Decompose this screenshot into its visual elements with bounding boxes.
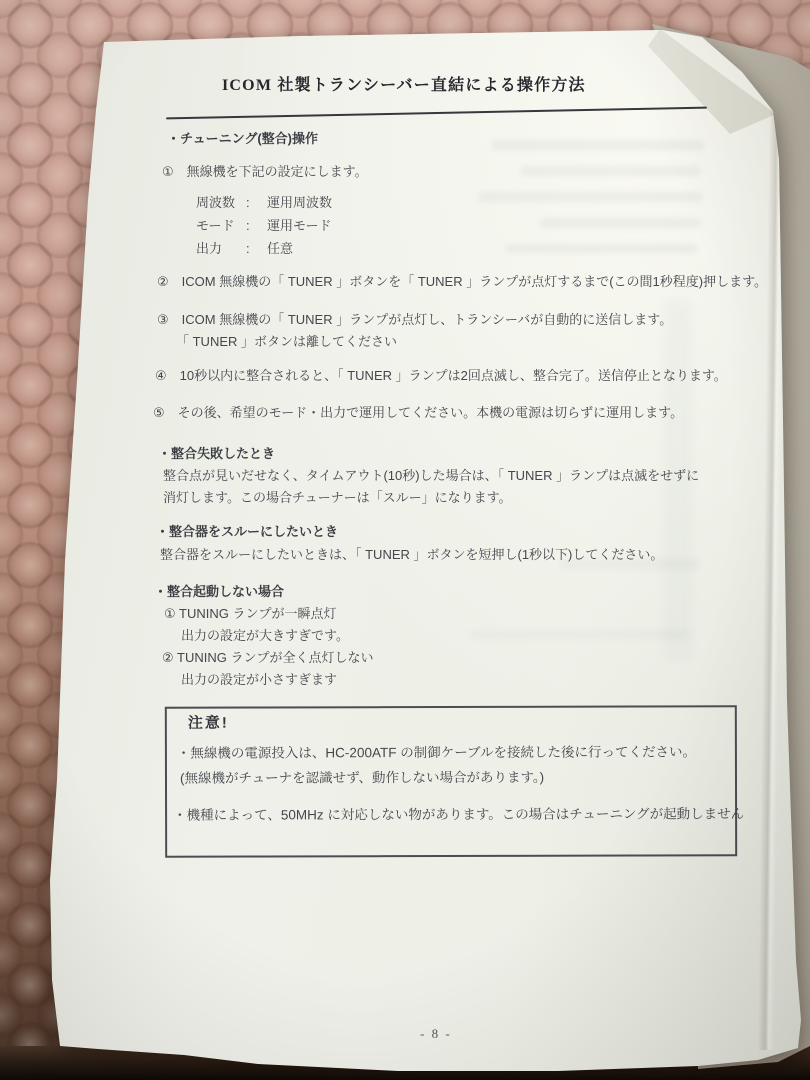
step-2: ② ICOM 無線機の「 TUNER 」ボタンを「 TUNER 」ランプが点灯す… — [157, 274, 767, 290]
fail-heading: ・整合失敗したとき — [158, 446, 275, 462]
nostart-item2-line1: ② TUNING ランプが全く点灯しない — [162, 650, 373, 666]
nostart-heading: ・整合起動しない場合 — [154, 584, 284, 600]
setting-value: 任意 — [267, 241, 293, 256]
setting-colon: : — [246, 195, 267, 211]
setting-label: 周波数 — [196, 195, 246, 211]
caution-box: 注意! ・無線機の電源投入は、HC-200ATF の制御ケーブルを接続した後に行… — [165, 705, 737, 857]
caution-line-1: ・無線機の電源投入は、HC-200ATF の制御ケーブルを接続した後に行ってくだ… — [177, 744, 696, 762]
fail-line-1: 整合点が見いだせなく、タイムアウト(10秒)した場合は、「 TUNER 」ランプ… — [163, 468, 699, 484]
settings-table: 周波数:運用周波数 モード:運用モード 出力:任意 — [196, 195, 332, 264]
step-3-line-2: 「 TUNER 」ボタンは離してください — [176, 334, 397, 350]
fail-line-2: 消灯します。この場合チューナーは「スルー」になります。 — [163, 490, 512, 506]
step-5: ⑤ その後、希望のモード・出力で運用してください。本機の電源は切らずに運用します… — [153, 405, 683, 421]
setting-colon: : — [246, 218, 267, 234]
thru-heading: ・整合器をスルーにしたいとき — [156, 524, 338, 540]
setting-row-output: 出力:任意 — [196, 241, 332, 264]
tuning-heading: ・チューニング(整合)操作 — [167, 131, 318, 147]
caution-line-2: (無線機がチューナを認識せず、動作しない場合があります。) — [180, 770, 544, 787]
caution-heading: 注意! — [188, 715, 229, 733]
step-1: ① 無線機を下記の設定にします。 — [162, 164, 368, 180]
step-3-line-1: ③ ICOM 無線機の「 TUNER 」ランプが点灯し、トランシーバが自動的に送… — [157, 312, 672, 328]
page-content: ICOM 社製トランシーバー直結による操作方法 ・チューニング(整合)操作 ① … — [0, 0, 810, 1080]
page-number: - 8 - — [420, 1026, 452, 1042]
photo-of-manual-page: ICOM 社製トランシーバー直結による操作方法 ・チューニング(整合)操作 ① … — [0, 0, 810, 1080]
page-title: ICOM 社製トランシーバー直結による操作方法 — [222, 76, 586, 95]
nostart-item1-line2: 出力の設定が大きすぎです。 — [181, 628, 349, 644]
title-underline — [166, 107, 707, 120]
step-4: ④ 10秒以内に整合されると、「 TUNER 」ランプは2回点滅し、整合完了。送… — [155, 368, 727, 384]
manual-page: ICOM 社製トランシーバー直結による操作方法 ・チューニング(整合)操作 ① … — [0, 0, 810, 1080]
setting-row-mode: モード:運用モード — [196, 218, 332, 241]
setting-label: 出力 — [196, 241, 246, 257]
nostart-item2-line2: 出力の設定が小さすぎます — [181, 672, 337, 688]
caution-line-3: ・機種によって、50MHz に対応しない物があります。この場合はチューニングが起… — [173, 806, 744, 824]
thru-line-1: 整合器をスルーにしたいときは、「 TUNER 」ボタンを短押し(1秒以下)してく… — [160, 547, 663, 563]
manual-page-wrap: ICOM 社製トランシーバー直結による操作方法 ・チューニング(整合)操作 ① … — [0, 0, 810, 1080]
setting-label: モード — [196, 218, 246, 234]
nostart-item1-line1: ① TUNING ランプが一瞬点灯 — [164, 606, 336, 622]
setting-row-frequency: 周波数:運用周波数 — [196, 195, 332, 218]
setting-value: 運用モード — [267, 218, 331, 233]
setting-colon: : — [246, 241, 267, 257]
setting-value: 運用周波数 — [267, 195, 332, 210]
